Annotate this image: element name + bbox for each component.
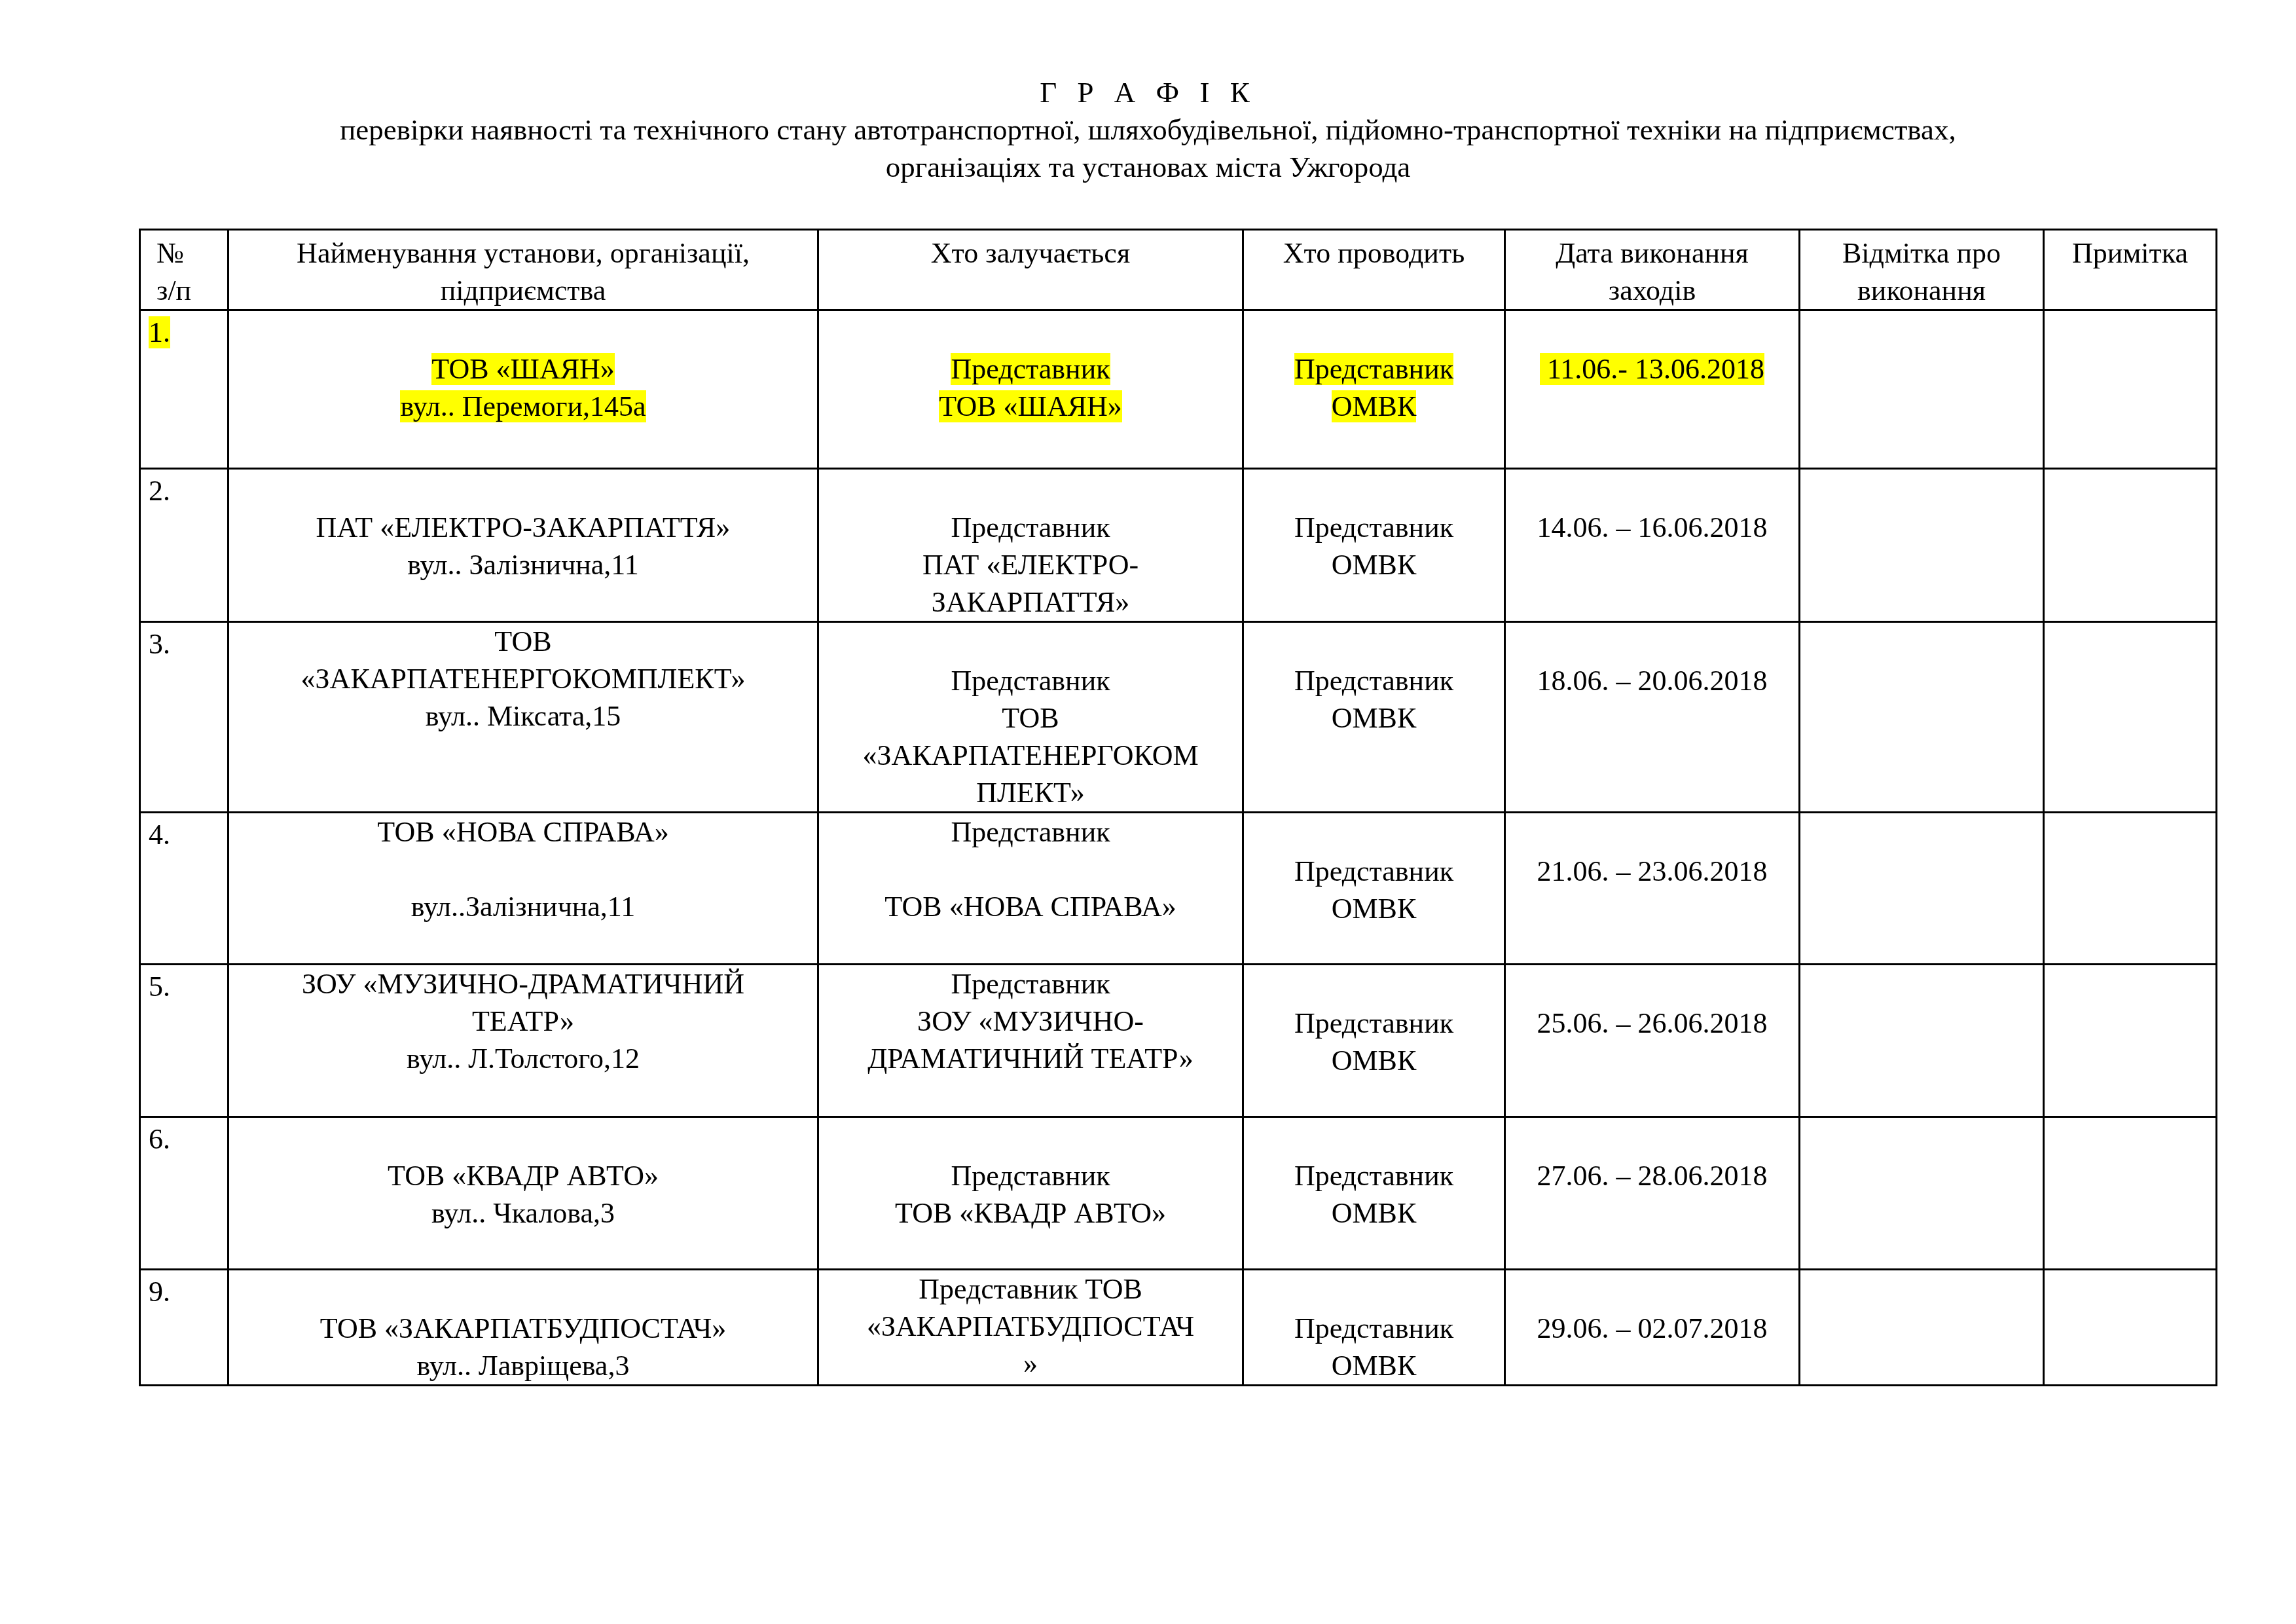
header-involved: Хто залучається	[818, 230, 1243, 310]
cell-involved: Представник​ЗОУ «МУЗИЧНО-​ДРАМАТИЧНИЙ ТЕ…	[818, 965, 1243, 1117]
cell-note[interactable]	[2044, 965, 2217, 1117]
cell-date: 11.06.- 13.06.2018	[1505, 310, 1800, 469]
header-organization: Найменування установи, організації,підпр…	[228, 230, 818, 310]
document-subtitle-line-2: організаціях та установах міста Ужгорода	[0, 149, 2296, 186]
cell-organization: ТОВ​«ЗАКАРПАТЕНЕРГОКОМПЛЕКТ»​вул.. Мікса…	[228, 622, 818, 813]
table-row: 2.ПАТ «ЕЛЕКТРО-ЗАКАРПАТТЯ»​вул.. Залізни…	[140, 469, 2217, 622]
document-title: Г Р А Ф І К	[0, 73, 2296, 111]
cell-date: 21.06. – 23.06.2018	[1505, 813, 1800, 965]
cell-note[interactable]	[2044, 310, 2217, 469]
cell-note[interactable]	[2044, 1117, 2217, 1270]
cell-involved: Представник​ ТОВ «ШАЯН»​	[818, 310, 1243, 469]
cell-mark[interactable]	[1800, 1270, 2044, 1386]
cell-number: 3.	[140, 622, 228, 813]
cell-note[interactable]	[2044, 469, 2217, 622]
cell-conducts: Представник​ОМВК​	[1243, 965, 1505, 1117]
cell-involved: Представник ТОВ​«ЗАКАРПАТБУДПОСТАЧ​»​	[818, 1270, 1243, 1386]
table-row: 9.ТОВ «ЗАКАРПАТБУДПОСТАЧ»​вул.. Лавріщев…	[140, 1270, 2217, 1386]
cell-number: 4.	[140, 813, 228, 965]
cell-date: 27.06. – 28.06.2018	[1505, 1117, 1800, 1270]
cell-organization: ЗОУ «МУЗИЧНО-ДРАМАТИЧНИЙ​ТЕАТР»​вул.. Л.…	[228, 965, 818, 1117]
cell-conducts: Представник​ОМВК​	[1243, 813, 1505, 965]
cell-mark[interactable]	[1800, 965, 2044, 1117]
cell-involved: Представник​ТОВ​«ЗАКАРПАТЕНЕРГОКОМ​ПЛЕКТ…	[818, 622, 1243, 813]
cell-organization: ПАТ «ЕЛЕКТРО-ЗАКАРПАТТЯ»​вул.. Залізничн…	[228, 469, 818, 622]
cell-number: 6.	[140, 1117, 228, 1270]
cell-conducts: Представник​ОМВК​	[1243, 1117, 1505, 1270]
table-row: 5.ЗОУ «МУЗИЧНО-ДРАМАТИЧНИЙ​ТЕАТР»​вул.. …	[140, 965, 2217, 1117]
header-number: №з/п	[140, 230, 228, 310]
cell-conducts: Представник​ОМВК​	[1243, 1270, 1505, 1386]
cell-note[interactable]	[2044, 622, 2217, 813]
cell-number: 9.	[140, 1270, 228, 1386]
cell-date: 18.06. – 20.06.2018	[1505, 622, 1800, 813]
cell-mark[interactable]	[1800, 469, 2044, 622]
cell-organization: ТОВ «ЗАКАРПАТБУДПОСТАЧ»​вул.. Лавріщева,…	[228, 1270, 818, 1386]
header-date: Дата виконаннязаходів	[1505, 230, 1800, 310]
cell-number: 2.	[140, 469, 228, 622]
cell-mark[interactable]	[1800, 813, 2044, 965]
cell-number: 1.	[140, 310, 228, 469]
cell-date: 29.06. – 02.07.2018	[1505, 1270, 1800, 1386]
table-row: 6.ТОВ «КВАДР АВТО»​вул.. Чкалова,3​Предс…	[140, 1117, 2217, 1270]
schedule-table: №з/п Найменування установи, організації,…	[139, 229, 2217, 1386]
cell-note[interactable]	[2044, 1270, 2217, 1386]
document-header: Г Р А Ф І К перевірки наявності та техні…	[0, 73, 2296, 186]
cell-conducts: Представник​ОМВК​	[1243, 310, 1505, 469]
cell-mark[interactable]	[1800, 622, 2044, 813]
cell-date: 14.06. – 16.06.2018	[1505, 469, 1800, 622]
table-row: 4.ТОВ «НОВА СПРАВА»​​вул..Залізнична,11​…	[140, 813, 2217, 965]
table-row: 1.ТОВ «ШАЯН»​вул.. Перемоги,145а​Предста…	[140, 310, 2217, 469]
cell-organization: ТОВ «ШАЯН»​вул.. Перемоги,145а​	[228, 310, 818, 469]
cell-conducts: Представник​ОМВК​	[1243, 622, 1505, 813]
header-mark: Відмітка провиконання	[1800, 230, 2044, 310]
cell-note[interactable]	[2044, 813, 2217, 965]
cell-mark[interactable]	[1800, 1117, 2044, 1270]
cell-number: 5.	[140, 965, 228, 1117]
cell-date: 25.06. – 26.06.2018	[1505, 965, 1800, 1117]
cell-organization: ТОВ «КВАДР АВТО»​вул.. Чкалова,3​	[228, 1117, 818, 1270]
cell-involved: Представник​ПАТ «ЕЛЕКТРО-​ЗАКАРПАТТЯ»​	[818, 469, 1243, 622]
cell-involved: Представник​​ТОВ «НОВА СПРАВА»​	[818, 813, 1243, 965]
table-header-row: №з/п Найменування установи, організації,…	[140, 230, 2217, 310]
document-subtitle-line-1: перевірки наявності та технічного стану …	[0, 111, 2296, 149]
header-conducts: Хто проводить	[1243, 230, 1505, 310]
header-note: Примітка	[2044, 230, 2217, 310]
cell-involved: Представник​ТОВ «КВАДР АВТО»​	[818, 1117, 1243, 1270]
cell-conducts: Представник​ОМВК​	[1243, 469, 1505, 622]
table-row: 3.ТОВ​«ЗАКАРПАТЕНЕРГОКОМПЛЕКТ»​вул.. Мік…	[140, 622, 2217, 813]
cell-mark[interactable]	[1800, 310, 2044, 469]
cell-organization: ТОВ «НОВА СПРАВА»​​вул..Залізнична,11​	[228, 813, 818, 965]
